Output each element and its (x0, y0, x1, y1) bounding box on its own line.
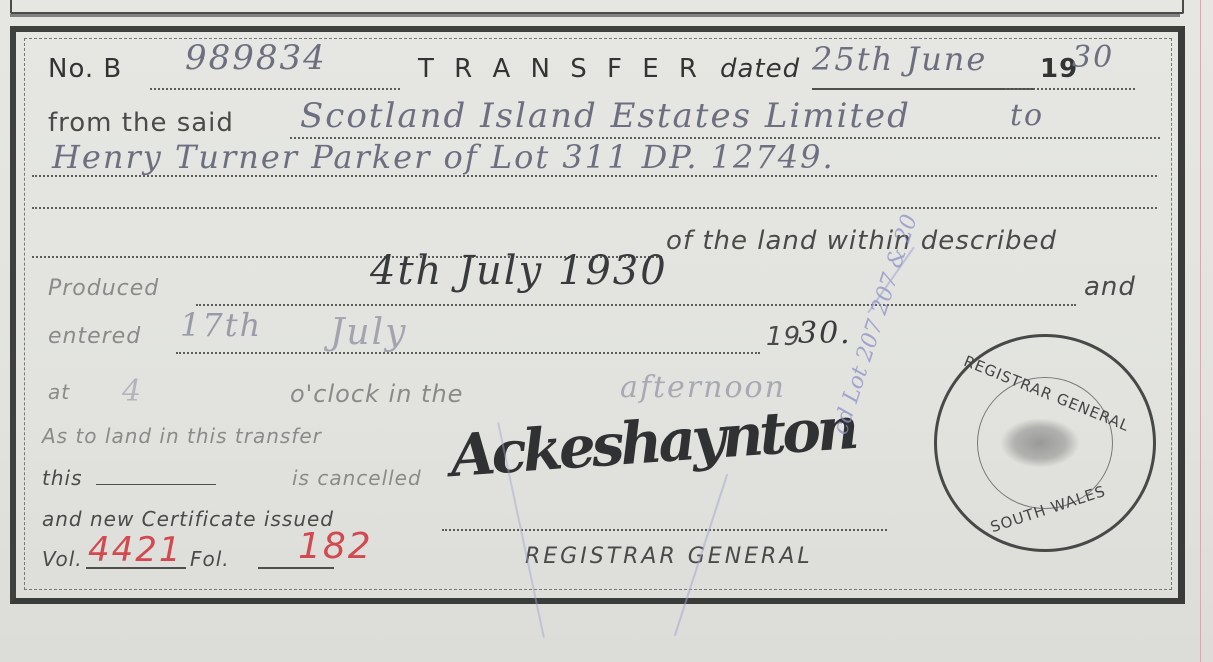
to-label: to (1010, 98, 1044, 133)
fol-label: Fol. (190, 547, 230, 571)
transferor-name: Scotland Island Estates Limited (300, 96, 911, 136)
coat-of-arms-icon (1000, 418, 1080, 468)
entered-year-prefix: 19 (766, 322, 801, 352)
dated-value: 25th June (812, 40, 987, 78)
transferee-underline (32, 175, 1157, 177)
entered-year-suffix: 30. (798, 316, 852, 351)
number-label: No. B (48, 54, 122, 84)
cancel-line-1: As to land in this transfer (42, 424, 322, 448)
previous-entry-border (10, 0, 1184, 14)
time-value: 4 (122, 374, 143, 409)
entered-label: entered (48, 324, 141, 349)
transferee-line: Henry Turner Parker of Lot 311 DP. 12749… (52, 138, 835, 176)
land-label: of the land within described (666, 226, 1057, 256)
cancel-line-2a: this (42, 466, 83, 490)
entered-month: July (330, 312, 407, 353)
vol-line (86, 567, 186, 569)
margin-line (1200, 0, 1201, 662)
dated-line (812, 88, 1034, 90)
vol-value: 4421 (88, 530, 183, 570)
at-label: at (48, 380, 70, 404)
top-rule (10, 14, 1180, 17)
year-suffix: 30 (1072, 40, 1114, 75)
from-label: from the said (48, 108, 234, 138)
blank-line (32, 207, 1157, 209)
cancel-line-2b: is cancelled (292, 466, 422, 490)
produced-label: Produced (48, 276, 159, 301)
entered-day: 17th (180, 306, 262, 344)
transfer-heading: T R A N S F E R (418, 54, 703, 84)
fol-value: 182 (298, 526, 373, 567)
number-value: 989834 (185, 38, 327, 78)
cancel-blank (96, 484, 216, 485)
produced-value: 4th July 1930 (370, 248, 668, 294)
cancel-line-3: and new Certificate issued (42, 507, 334, 531)
dated-label: dated (720, 54, 800, 84)
vol-label: Vol. (42, 547, 83, 571)
year-line (1005, 88, 1135, 90)
number-line (150, 88, 400, 90)
fol-line (258, 567, 334, 569)
registrar-title: REGISTRAR GENERAL (525, 544, 813, 569)
produced-line (196, 304, 1076, 306)
oclock-label: o'clock in the (290, 380, 463, 408)
and-label: and (1084, 272, 1136, 302)
signature-line (442, 529, 887, 531)
entered-line (176, 352, 760, 354)
